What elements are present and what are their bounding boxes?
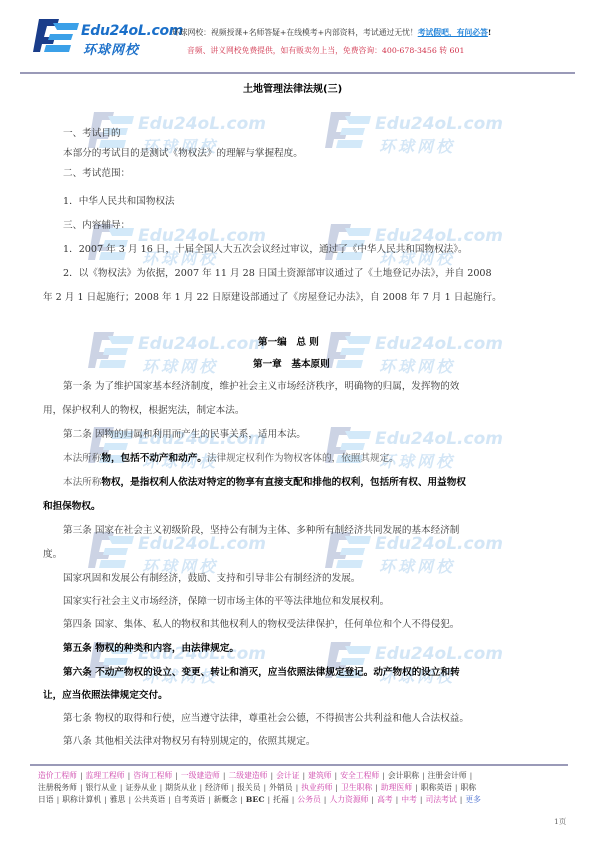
watermark-cn: 环球网校 — [379, 554, 455, 577]
footer-link[interactable]: 一级建造师 — [181, 771, 220, 780]
footer-link[interactable]: 公共英语 — [134, 795, 165, 804]
footer-link[interactable]: 经济师 — [205, 783, 228, 792]
logo-text-en: Edu24oL.com — [81, 23, 183, 39]
watermark-en: Edu24oL.com — [375, 429, 503, 449]
footer-row: 造价工程师|监理工程师|咨询工程师|一级建造师|二级建造师|会计证|建筑师|安全… — [38, 770, 568, 782]
site-logo[interactable]: Edu24oL.com 环球网校 — [33, 17, 173, 57]
footer-link[interactable]: 监理工程师 — [86, 771, 125, 780]
article-6-continuation: 让，应当依照法律规定交付。 — [43, 687, 168, 701]
page-header: Edu24oL.com 环球网校 环球网校：视频授课+名师答疑+在线模考+内部资… — [0, 0, 595, 72]
footer-link[interactable]: 注册会计师 — [428, 771, 467, 780]
list-item: 2．以《物权法》为依据，2007 年 11 月 28 日国土资源部审议通过了《土… — [63, 265, 492, 279]
watermark: Edu24oL.com 环球网校 — [325, 110, 495, 160]
article-2: 第二条 因物的归属和利用而产生的民事关系，适用本法。 — [63, 426, 306, 440]
text-span: 本法所称 — [63, 477, 101, 488]
article-8: 第八条 其他相关法律对物权另有特别规定的，依照其规定。 — [63, 733, 316, 747]
watermark-logo-icon — [88, 330, 134, 370]
watermark-cn: 环球网校 — [142, 354, 218, 377]
text-span: 法律规定权利作为物权客体的，依照其规定。 — [207, 453, 399, 464]
footer-link[interactable]: 雅思 — [110, 795, 126, 804]
footer-link[interactable]: 外销员 — [269, 783, 292, 792]
chapter-heading: 第一章 基本原则 — [253, 356, 330, 370]
footer-link[interactable]: 咨询工程师 — [133, 771, 172, 780]
footer-row: 日语|职称计算机|雅思|公共英语|自考英语|新概念|BEC|托福|公务员|人力资… — [38, 794, 568, 806]
watermark-en: Edu24oL.com — [138, 114, 266, 134]
footer-link[interactable]: 高考 — [377, 795, 393, 804]
footer-links: 造价工程师|监理工程师|咨询工程师|一级建造师|二级建造师|会计证|建筑师|安全… — [38, 770, 568, 807]
watermark-en: Edu24oL.com — [375, 114, 503, 134]
footer-link[interactable]: 中考 — [401, 795, 417, 804]
watermark-cn: 环球网校 — [379, 354, 455, 377]
footer-link[interactable]: 会计职称 — [388, 771, 419, 780]
watermark-logo-icon — [325, 330, 371, 370]
bold-text: 物，包括不动产和动产。 — [101, 453, 207, 464]
slogan-text: 环球网校：视频授课+名师答疑+在线模考+内部资料，考试通过无忧！ — [172, 28, 418, 37]
article-2-definition-right: 本法所称物权，是指权利人依法对特定的物享有直接支配和排他的权利，包括所有权、用益… — [63, 474, 466, 488]
footer-link[interactable]: 人力资源师 — [329, 795, 368, 804]
article-6: 第六条 不动产物权的设立、变更、转让和消灭，应当依照法律规定登记。动产物权的设立… — [63, 664, 460, 678]
watermark-en: Edu24oL.com — [375, 644, 503, 664]
footer-link[interactable]: 助理医师 — [381, 783, 412, 792]
section-heading: 三、内容辅导： — [63, 217, 130, 231]
watermark: Edu24oL.com 环球网校 — [325, 330, 495, 380]
header-notice: 音频、讲义网校免费提供，如有贩卖勿上当，免费咨询：400-678-3456 转 … — [187, 45, 464, 56]
paragraph: 本部分的考试目的是测试《物权法》的理解与掌握程度。 — [63, 145, 303, 159]
article-1: 第一条 为了维护国家基本经济制度，维护社会主义市场经济秩序，明确物的归属，发挥物… — [63, 378, 459, 392]
footer-link[interactable]: 日语 — [38, 795, 54, 804]
slogan-link[interactable]: 考试假吧，有问必答 — [418, 28, 488, 37]
footer-link[interactable]: 职称英语 — [421, 783, 452, 792]
article-2-definition-thing: 本法所称物，包括不动产和动产。法律规定权利作为物权客体的，依照其规定。 — [63, 450, 399, 464]
footer-link[interactable]: 新概念 — [214, 795, 237, 804]
footer-link[interactable]: 报关员 — [237, 783, 260, 792]
header-divider — [20, 72, 575, 74]
footer-divider — [30, 764, 568, 766]
footer-link[interactable]: 二级建造师 — [229, 771, 268, 780]
list-item: 1．中华人民共和国物权法 — [63, 193, 175, 207]
footer-link[interactable]: 公务员 — [297, 795, 320, 804]
article-3: 第三条 国家在社会主义初级阶段，坚持公有制为主体、多种所有制经济共同发展的基本经… — [63, 522, 459, 536]
footer-link[interactable]: 造价工程师 — [38, 771, 77, 780]
footer-link[interactable]: 卫生职称 — [341, 783, 372, 792]
footer-link-more[interactable]: 更多 — [465, 795, 481, 804]
article-1-continuation: 用，保护权利人的物权，根据宪法，制定本法。 — [43, 402, 244, 416]
part-heading: 第一编 总 则 — [258, 334, 319, 348]
footer-link[interactable]: 安全工程师 — [340, 771, 379, 780]
watermark-en: Edu24oL.com — [375, 334, 503, 354]
edu24ol-logo-icon — [33, 17, 79, 54]
watermark-cn: 环球网校 — [379, 134, 455, 157]
footer-link[interactable]: 建筑师 — [308, 771, 331, 780]
section-heading: 一、考试目的 — [63, 125, 121, 139]
document-title: 土地管理法律法规(三) — [243, 80, 342, 95]
footer-link[interactable]: 职称计算机 — [62, 795, 101, 804]
footer-link[interactable]: 期货从业 — [165, 783, 196, 792]
footer-link[interactable]: 证券从业 — [125, 783, 156, 792]
watermark: Edu24oL.com 环球网校 — [88, 330, 258, 380]
article-7: 第七条 物权的取得和行使，应当遵守法律，尊重社会公德，不得损害公共利益和他人合法… — [63, 710, 469, 724]
watermark-en: Edu24oL.com — [138, 334, 266, 354]
article-3-paragraph: 国家实行社会主义市场经济，保障一切市场主体的平等法律地位和发展权利。 — [63, 593, 389, 607]
footer-link[interactable]: BEC — [246, 795, 265, 804]
article-3-continuation: 度。 — [43, 546, 62, 560]
footer-link[interactable]: 司法考试 — [426, 795, 457, 804]
watermark-en: Edu24oL.com — [375, 534, 503, 554]
footer-link[interactable]: 执业药师 — [301, 783, 332, 792]
article-4: 第四条 国家、集体、私人的物权和其他权利人的物权受法律保护，任何单位和个人不得侵… — [63, 616, 459, 630]
footer-link[interactable]: 银行从业 — [86, 783, 117, 792]
page-number: 1页 — [554, 816, 566, 827]
article-3-paragraph: 国家巩固和发展公有制经济，鼓励、支持和引导非公有制经济的发展。 — [63, 570, 360, 584]
article-5: 第五条 物权的种类和内容，由法律规定。 — [63, 640, 239, 654]
watermark-logo-icon — [88, 530, 134, 570]
footer-link[interactable]: 职称 — [461, 783, 477, 792]
footer-link[interactable]: 自考英语 — [174, 795, 205, 804]
watermark-en: Edu24oL.com — [138, 534, 266, 554]
slogan-end: ! — [488, 28, 491, 37]
list-item: 1．2007 年 3 月 16 日，十届全国人大五次会议经过审议，通过了《中华人… — [63, 241, 468, 255]
watermark-logo-icon — [325, 530, 371, 570]
section-heading: 二、考试范围： — [63, 165, 130, 179]
list-item-continuation: 年 2 月 1 日起施行；2008 年 1 月 22 日原建设部通过了《房屋登记… — [43, 289, 502, 303]
footer-row: 注册税务师|银行从业|证券从业|期货从业|经济师|报关员|外销员|执业药师|卫生… — [38, 782, 568, 794]
logo-text-cn: 环球网校 — [83, 39, 139, 58]
text-span: 本法所称 — [63, 453, 101, 464]
footer-link[interactable]: 会计证 — [276, 771, 299, 780]
watermark-logo-icon — [325, 110, 371, 150]
footer-link[interactable]: 托福 — [273, 795, 289, 804]
header-slogan: 环球网校：视频授课+名师答疑+在线模考+内部资料，考试通过无忧！考试假吧，有问必… — [172, 27, 491, 38]
article-2-definition-continuation: 和担保物权。 — [43, 498, 101, 512]
bold-text: 物权，是指权利人依法对特定的物享有直接支配和排他的权利，包括所有权、用益物权 — [101, 477, 466, 488]
footer-link[interactable]: 注册税务师 — [38, 783, 77, 792]
